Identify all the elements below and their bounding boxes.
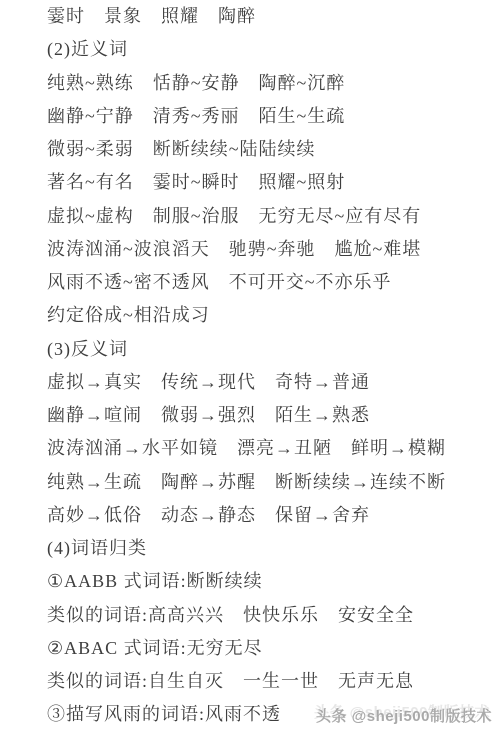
category-line: ①AABB 式词语:断断续续: [47, 565, 492, 598]
category-line: ②ABAC 式词语:无穷无尽: [47, 632, 492, 665]
section-heading-word-categories: (4)词语归类: [47, 532, 492, 565]
synonym-pair-line: 约定俗成~相沿成习: [47, 299, 492, 332]
word-list-line: 霎时 景象 照耀 陶醉: [47, 0, 492, 33]
synonym-pair-line: 虚拟~虚构 制服~治服 无穷无尽~应有尽有: [47, 200, 492, 233]
synonym-pair-line: 风雨不透~密不透风 不可开交~不亦乐乎: [47, 266, 492, 299]
antonym-pair-line: 虚拟→真实 传统→现代 奇特→普通: [47, 366, 492, 399]
antonym-pair-line: 波涛汹涌→水平如镜 漂亮→丑陋 鲜明→模糊: [47, 432, 492, 465]
section-heading-synonyms: (2)近义词: [47, 33, 492, 66]
synonym-pair-line: 纯熟~熟练 恬静~安静 陶醉~沉醉: [47, 67, 492, 100]
synonym-pair-line: 著名~有名 霎时~瞬时 照耀~照射: [47, 166, 492, 199]
section-heading-antonyms: (3)反义词: [47, 333, 492, 366]
antonym-pair-line: 幽静→喧闹 微弱→强烈 陌生→熟悉: [47, 399, 492, 432]
synonym-pair-line: 波涛汹涌~波浪滔天 驰骋~奔驰 尴尬~难堪: [47, 233, 492, 266]
category-examples-line: 类似的词语:自生自灭 一生一世 无声无息: [47, 665, 492, 698]
antonym-pair-line: 高妙→低俗 动态→静态 保留→舍弃: [47, 499, 492, 532]
document-body: 霎时 景象 照耀 陶醉 (2)近义词 纯熟~熟练 恬静~安静 陶醉~沉醉 幽静~…: [0, 0, 500, 732]
watermark: 头条 @sheji500制版技术: [316, 705, 492, 726]
category-examples-line: 类似的词语:高高兴兴 快快乐乐 安安全全: [47, 599, 492, 632]
synonym-pair-line: 微弱~柔弱 断断续续~陆陆续续: [47, 133, 492, 166]
document-page: 霎时 景象 照耀 陶醉 (2)近义词 纯熟~熟练 恬静~安静 陶醉~沉醉 幽静~…: [0, 0, 500, 732]
synonym-pair-line: 幽静~宁静 清秀~秀丽 陌生~生疏: [47, 100, 492, 133]
antonym-pair-line: 纯熟→生疏 陶醉→苏醒 断断续续→连续不断: [47, 466, 492, 499]
